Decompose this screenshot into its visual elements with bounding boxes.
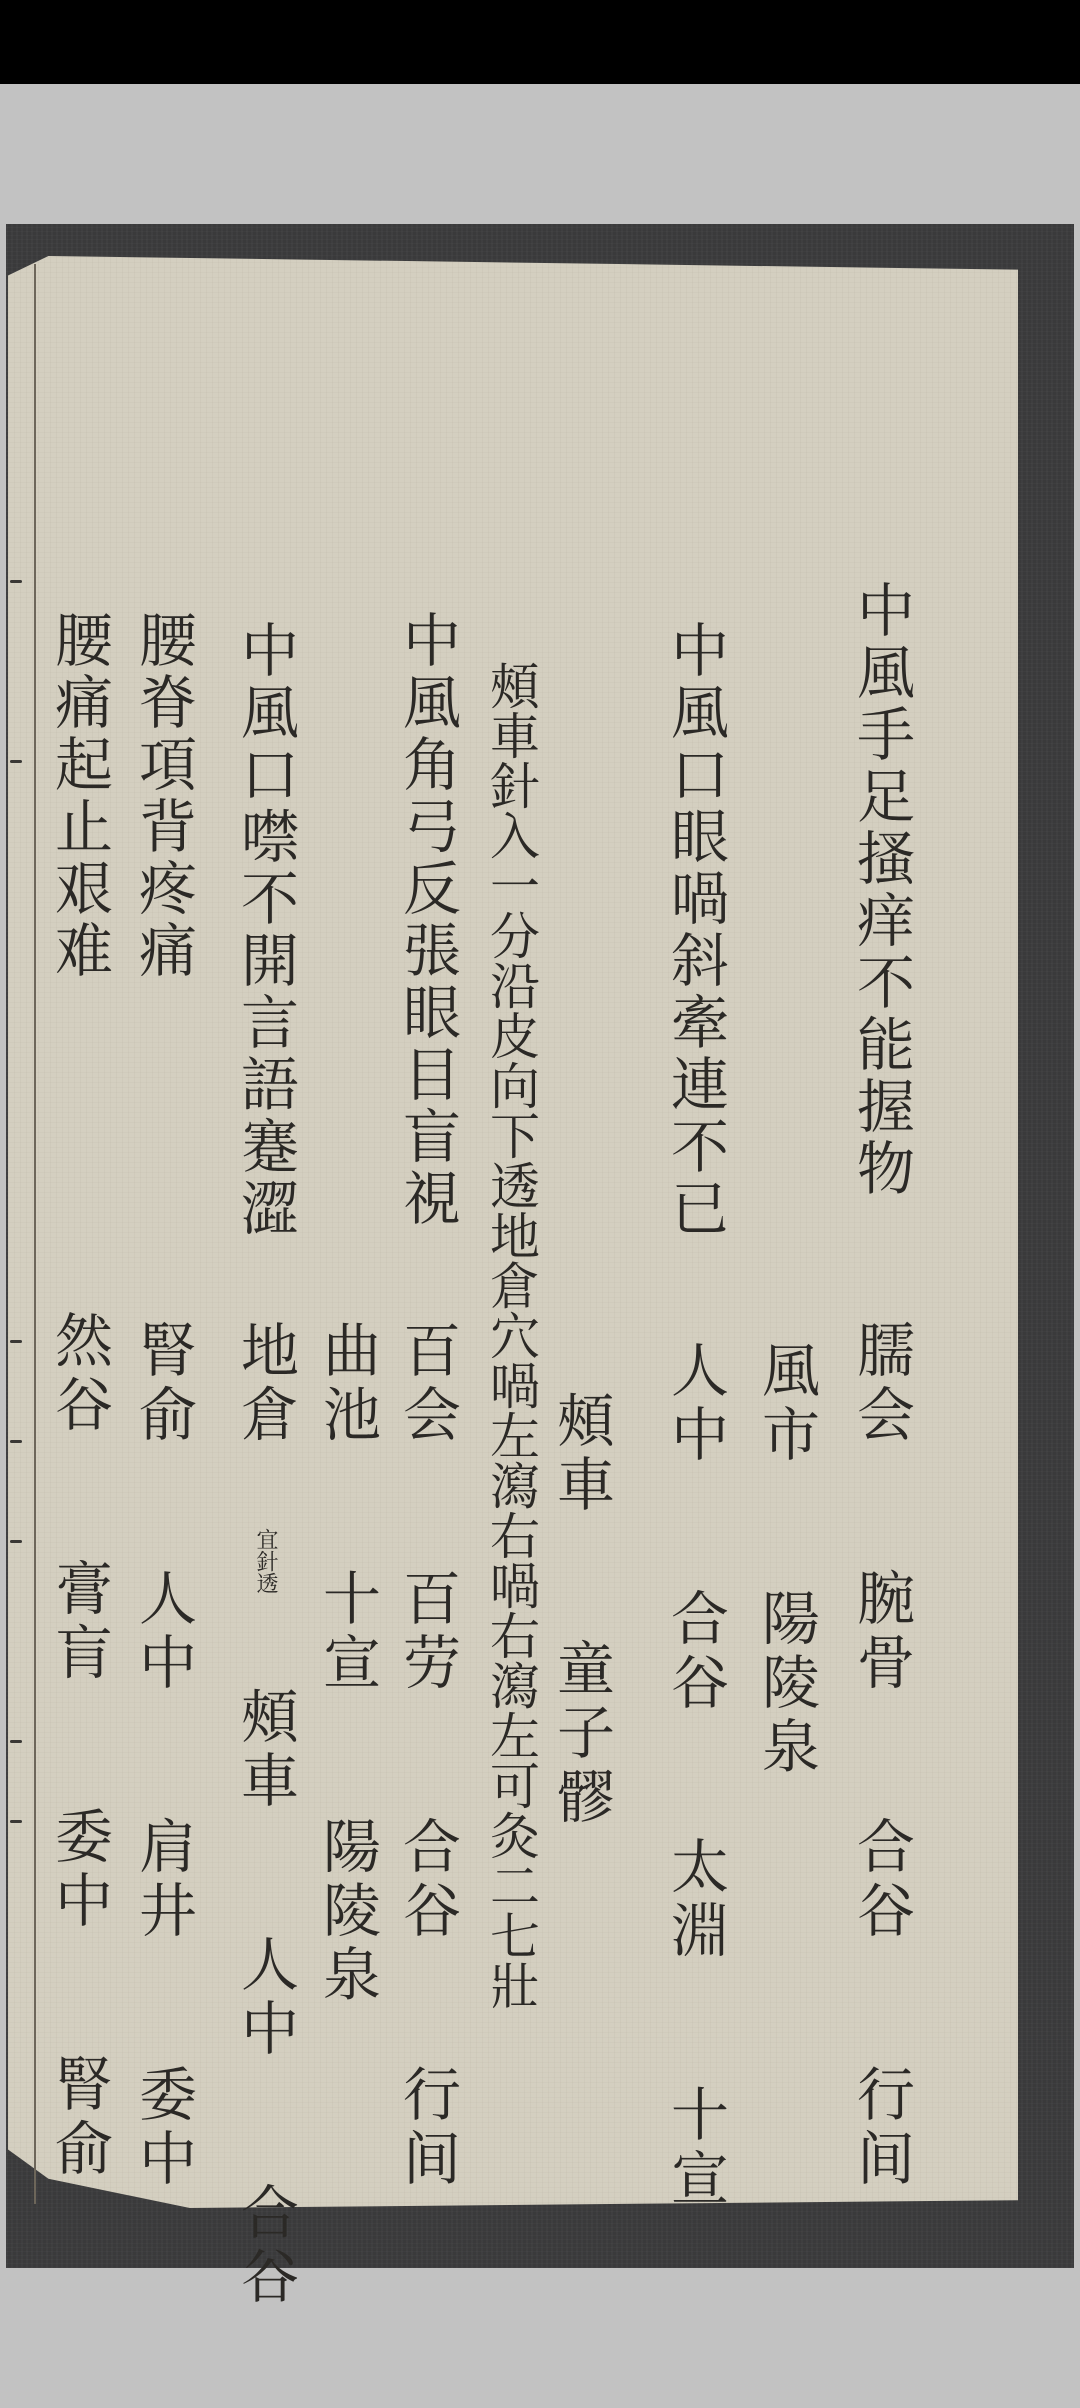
acupoint: 委中 xyxy=(134,2064,192,2192)
edge-ink-mark xyxy=(10,1540,22,1543)
acupoint: 肩井 xyxy=(134,1816,192,1944)
acupoint: 風市 xyxy=(757,1340,815,1468)
annotation-side: 宜針 xyxy=(254,1528,276,1572)
acupoint: 陽陵泉 xyxy=(318,1816,376,2008)
previous-page-edge xyxy=(8,560,28,2060)
acupoint: 陽陵泉 xyxy=(757,1588,815,1780)
acupoint: 曲池 xyxy=(318,1320,376,1448)
entry-2-points: 人中 合谷 太淵 十宣 xyxy=(666,1340,724,2258)
acupoint: 腎俞 xyxy=(134,1320,192,1448)
acupoint: 童子髎 xyxy=(552,1638,610,1830)
entry-1-points: 臑会 腕骨 合谷 行间 xyxy=(852,1320,910,2238)
acupoint: 行间 xyxy=(398,2064,456,2192)
acupoint: 百会 xyxy=(398,1320,456,1448)
edge-ink-mark xyxy=(10,1340,22,1343)
entry-4-heading: 中風口噤不開言語蹇澀 xyxy=(236,620,294,1240)
entry-6-heading: 腰痛起止艰难 xyxy=(50,610,108,982)
entry-2-points-continued: 頰車 童子髎 xyxy=(552,1390,610,1876)
acupoint: 人中 xyxy=(236,1934,294,2062)
entry-3-points-continued: 曲池 十宣 陽陵泉 xyxy=(318,1320,376,2054)
entry-1-heading: 中風手足搔痒不能握物 xyxy=(852,580,910,1200)
entry-2-heading: 中風口眼喎斜牽連不已 xyxy=(666,620,724,1240)
top-status-bar xyxy=(0,0,1080,84)
acupoint: 膏肓 xyxy=(50,1558,108,1686)
acupoint: 太淵 xyxy=(666,1836,724,1964)
entry-3-points: 百会 百劳 合谷 行间 xyxy=(398,1320,456,2238)
edge-ink-mark xyxy=(10,580,22,583)
edge-ink-mark xyxy=(10,760,22,763)
acupoint: 腎俞 xyxy=(50,2054,108,2182)
acupoint: 十宣 xyxy=(666,2084,724,2212)
acupoint: 地倉 xyxy=(236,1320,294,1448)
entry-3-heading: 中風角弓反張眼目盲視 xyxy=(398,610,456,1230)
entry-5-points: 腎俞 人中 肩井 委中 xyxy=(134,1320,192,2238)
acupoint: 腕骨 xyxy=(852,1568,910,1696)
acupoint: 臑会 xyxy=(852,1320,910,1448)
acupoint: 頰車 xyxy=(236,1686,294,1814)
entry-6-points: 然谷 膏肓 委中 腎俞 xyxy=(50,1310,108,2228)
edge-ink-mark xyxy=(10,1820,22,1823)
acupoint: 頰車 xyxy=(552,1390,610,1518)
acupoint: 行间 xyxy=(852,2064,910,2192)
point-annotation: 透 宜針 xyxy=(254,1528,276,1594)
annotation-main: 透 xyxy=(254,1572,276,1594)
entry-4-points: 地倉 透 宜針 頰車 人中 合谷 xyxy=(236,1320,294,2356)
acupoint: 委中 xyxy=(50,1806,108,1934)
entry-2-needling-note: 頰車針入一分沿皮向下透地倉穴喎左瀉右喎右瀉左可灸二七壯 xyxy=(486,660,536,2010)
acupoint: 合谷 xyxy=(852,1816,910,1944)
acupoint: 人中 xyxy=(134,1568,192,1696)
acupoint: 人中 xyxy=(666,1340,724,1468)
edge-ink-mark xyxy=(10,1440,22,1443)
page-binding-line xyxy=(34,264,36,2204)
acupoint: 十宣 xyxy=(318,1568,376,1696)
edge-ink-mark xyxy=(10,1740,22,1743)
acupoint: 百劳 xyxy=(398,1568,456,1696)
acupoint: 合谷 xyxy=(236,2182,294,2310)
entry-1-points-continued: 風市 陽陵泉 xyxy=(757,1340,815,1826)
acupoint: 合谷 xyxy=(666,1588,724,1716)
entry-5-heading: 腰脊項背疼痛 xyxy=(134,610,192,982)
acupoint: 合谷 xyxy=(398,1816,456,1944)
acupoint: 然谷 xyxy=(50,1310,108,1438)
